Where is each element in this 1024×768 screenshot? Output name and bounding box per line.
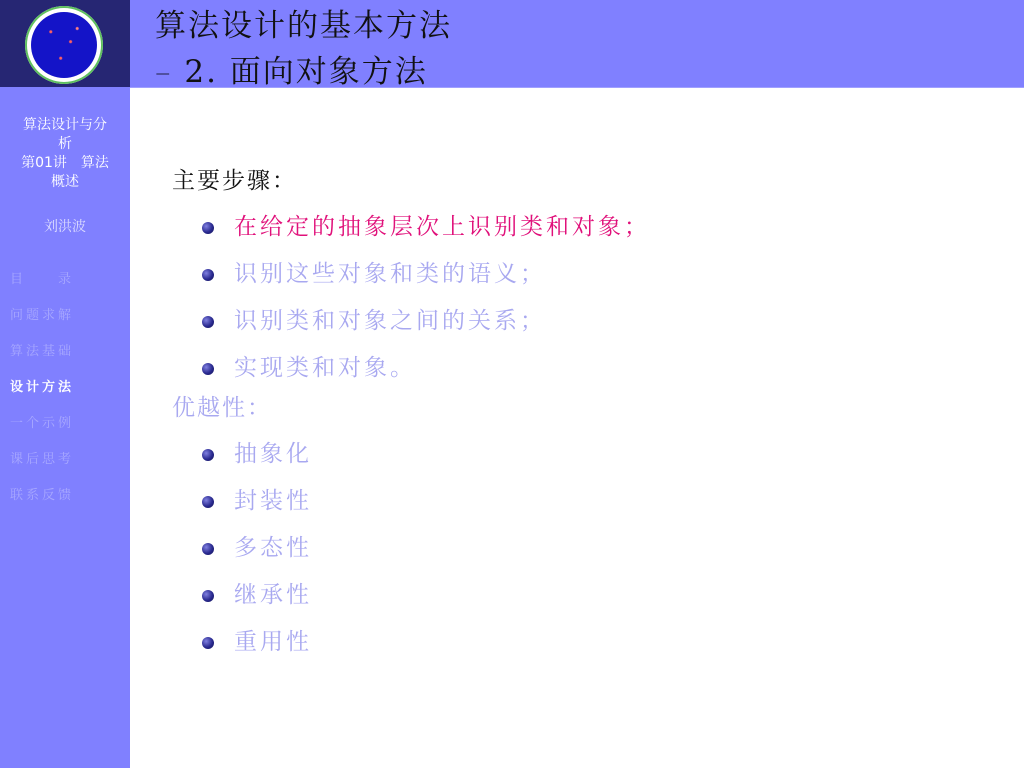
nav-item-homework[interactable]: 课后思考: [10, 450, 74, 486]
nav-item-contents[interactable]: 目 录: [10, 270, 74, 306]
item-text: 重用性: [234, 629, 312, 655]
item-text: 抽象化: [234, 441, 312, 467]
steps-heading: 主要步骤：: [172, 165, 650, 211]
bullet-icon: [202, 449, 214, 461]
course-title: 算法设计与分 析 第01讲 算法 概述: [0, 116, 130, 192]
nav-item-algorithm-basics[interactable]: 算法基础: [10, 342, 74, 378]
slide-subtitle: – 2. 面向对象方法: [155, 46, 428, 91]
course-line: 析: [0, 135, 130, 154]
course-line: 概述: [0, 173, 130, 192]
bullet-icon: [202, 363, 214, 375]
nav-item-design-methods[interactable]: 设计方法: [10, 378, 74, 414]
bullet-icon: [202, 496, 214, 508]
item-text: 多态性: [234, 535, 312, 561]
step-item: 识别这些对象和类的语义；: [172, 258, 650, 305]
advantage-item: 封装性: [172, 485, 650, 532]
bullet-icon: [202, 269, 214, 281]
nav-item-example[interactable]: 一个示例: [10, 414, 74, 450]
item-text: 识别类和对象之间的关系；: [234, 308, 546, 334]
bullet-icon: [202, 637, 214, 649]
subtitle-text: 2. 面向对象方法: [173, 54, 428, 90]
advantages-heading: 优越性：: [172, 392, 650, 438]
item-text: 实现类和对象。: [234, 355, 416, 381]
step-item: 在给定的抽象层次上识别类和对象；: [172, 211, 650, 258]
sidebar: 算法设计与分 析 第01讲 算法 概述 刘洪波 目 录 问题求解 算法基础 设计…: [0, 87, 130, 768]
bullet-icon: [202, 316, 214, 328]
slide-title: 算法设计的基本方法: [155, 0, 452, 45]
item-text: 识别这些对象和类的语义；: [234, 261, 546, 287]
author-name: 刘洪波: [0, 216, 130, 236]
item-text: 在给定的抽象层次上识别类和对象；: [234, 214, 650, 240]
bullet-icon: [202, 543, 214, 555]
advantage-item: 重用性: [172, 626, 650, 673]
university-seal-icon: [25, 6, 103, 84]
item-text: 封装性: [234, 488, 312, 514]
slide-header: 算法设计的基本方法 – 2. 面向对象方法: [130, 0, 1024, 88]
advantage-item: 多态性: [172, 532, 650, 579]
nav-item-problem-solving[interactable]: 问题求解: [10, 306, 74, 342]
step-item: 实现类和对象。: [172, 352, 650, 392]
step-item: 识别类和对象之间的关系；: [172, 305, 650, 352]
title-dash: –: [155, 54, 173, 90]
bullet-icon: [202, 590, 214, 602]
course-line: 第01讲 算法: [0, 154, 130, 173]
bullet-icon: [202, 222, 214, 234]
course-line: 算法设计与分: [0, 116, 130, 135]
sidebar-nav: 目 录 问题求解 算法基础 设计方法 一个示例 课后思考 联系反馈: [10, 270, 74, 522]
advantage-item: 抽象化: [172, 438, 650, 485]
logo-area: [0, 0, 130, 87]
item-text: 继承性: [234, 582, 312, 608]
advantage-item: 继承性: [172, 579, 650, 626]
nav-item-feedback[interactable]: 联系反馈: [10, 486, 74, 522]
slide-content: 主要步骤： 在给定的抽象层次上识别类和对象； 识别这些对象和类的语义； 识别类和…: [172, 165, 650, 673]
